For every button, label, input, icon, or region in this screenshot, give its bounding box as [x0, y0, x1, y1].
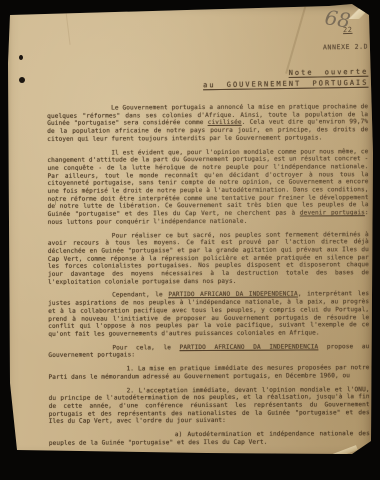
- document-body: Le Gouvernement portugais a annoncé la m…: [47, 103, 370, 447]
- paragraph-3: Pour réaliser ce but sacré, nos peuples …: [48, 231, 369, 287]
- title-line-2: au GOUVERNEMENT PORTUGAIS: [203, 78, 369, 92]
- paper-crease: [64, 3, 70, 45]
- ink-spot: [19, 77, 25, 83]
- torn-corner: [324, 445, 358, 462]
- paragraph-2: Il est évident que, pour l'opinion mondi…: [47, 148, 368, 227]
- ink-spot: [19, 55, 23, 60]
- paper-crease: [285, 4, 307, 74]
- list-item-2: 2. L'acceptation immédiate, devant l'opi…: [49, 386, 370, 426]
- paragraph-text: Pour cela, le: [112, 344, 179, 351]
- annex-label: ANNEXE 2.D: [323, 43, 368, 52]
- paragraph-1: Le Gouvernement portugais a annoncé la m…: [47, 103, 368, 143]
- list-item-a: a) Autodétermination et indépendance nat…: [49, 430, 370, 447]
- paragraph-text: Cependant, le: [112, 292, 168, 299]
- underlined-text: PARTIDO AFRICANO DA INDEPENDENCIA: [180, 343, 319, 351]
- paragraph-5: Pour cela, le PARTIDO AFRICANO DA INDEPE…: [48, 343, 369, 360]
- paragraph-4: Cependant, le PARTIDO AFRICANO DA INDEPE…: [48, 291, 369, 339]
- document-page: 68 22 ANNEXE 2.D Note ouverte au GOUVERN…: [7, 3, 374, 459]
- list-item-1: 1. La mise en pratique immédiate des mes…: [48, 364, 369, 381]
- underlined-text: devenir portugais: [300, 209, 365, 216]
- document-title: Note ouverte au GOUVERNEMENT PORTUGAIS: [202, 67, 368, 92]
- underlined-text: PARTIDO AFRICANO DA INDEPENDENCIA: [168, 291, 298, 299]
- paragraph-text: Il est évident que, pour l'opinion mondi…: [47, 148, 368, 218]
- typed-page-number: 22: [343, 26, 353, 34]
- scanned-document: 68 22 ANNEXE 2.D Note ouverte au GOUVERN…: [0, 0, 380, 480]
- underlined-text: civilisée: [208, 119, 242, 126]
